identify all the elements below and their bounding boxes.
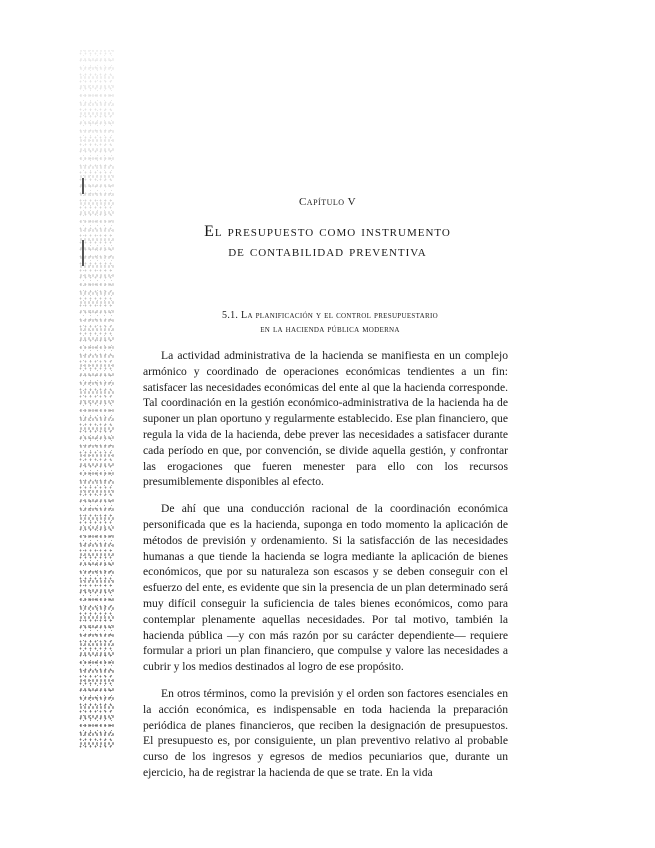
paragraph: De ahí que una conducción racional de la… (143, 501, 508, 675)
chapter-title: El presupuesto como instrumento de conta… (0, 222, 655, 262)
body-text: La actividad administrativa de la hacien… (143, 348, 508, 792)
chapter-title-line2: de contabilidad preventiva (0, 242, 655, 262)
section-heading-line2: en la hacienda pública moderna (150, 323, 510, 337)
chapter-title-line1: El presupuesto como instrumento (0, 222, 655, 242)
scan-binding-noise (78, 50, 114, 750)
chapter-label: Capítulo V (0, 196, 655, 208)
section-heading-line1: 5.1. La planificación y el control presu… (150, 309, 510, 323)
paragraph: La actividad administrativa de la hacien… (143, 348, 508, 490)
section-heading: 5.1. La planificación y el control presu… (150, 309, 510, 337)
paragraph: En otros términos, como la previsión y e… (143, 686, 508, 781)
scan-binding-mark (82, 178, 84, 194)
